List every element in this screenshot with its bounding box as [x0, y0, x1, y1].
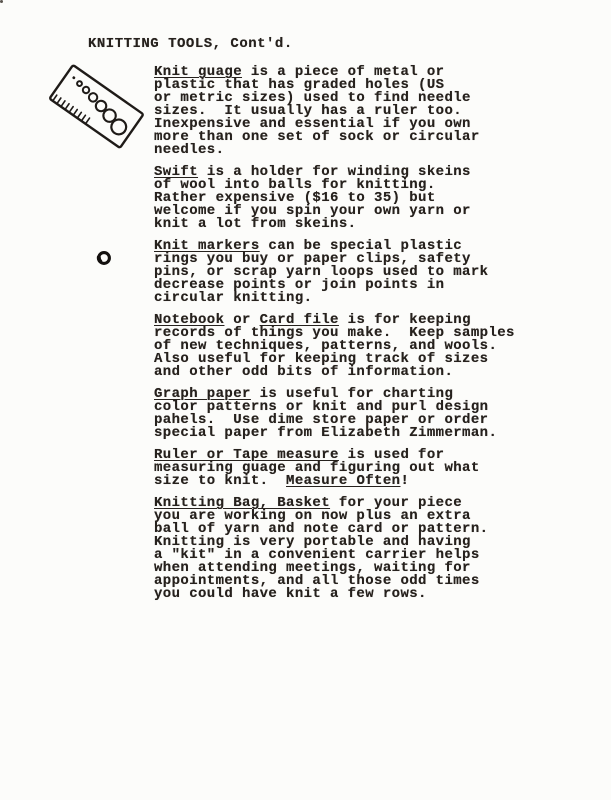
scanned-document-page: KNITTING TOOLS, Cont'd.: [0, 0, 611, 800]
paragraph-swift: Swift is a holder for winding skeinsof w…: [154, 166, 514, 231]
paragraph-knit-guage: Knit guage is a piece of metal orplastic…: [154, 66, 514, 157]
page-title: KNITTING TOOLS, Cont'd.: [88, 36, 293, 52]
knit-gauge-sketch-icon: [42, 52, 154, 167]
text-line: circular knitting.: [154, 292, 514, 305]
text-column: Knit guage is a piece of metal orplastic…: [154, 66, 514, 610]
scan-speck: [0, 0, 3, 3]
paragraph-knitting-bag-basket: Knitting Bag, Basket for your pieceyou a…: [154, 497, 514, 601]
paragraph-graph-paper: Graph paper is useful for chartingcolor …: [154, 388, 514, 440]
text-line: knit a lot from skeins.: [154, 218, 514, 231]
text-line: you could have knit a few rows.: [154, 588, 514, 601]
paragraph-knit-markers: Knit markers can be special plasticrings…: [154, 240, 514, 305]
text-line: needles.: [154, 144, 514, 157]
text-line: and other odd bits of information.: [154, 366, 514, 379]
paragraph-notebook-card-file: Notebook or Card file is for keepingreco…: [154, 314, 514, 379]
knit-marker-ring-sketch-icon: [95, 249, 113, 267]
paragraph-ruler-tape-measure: Ruler or Tape measure is used formeasuri…: [154, 449, 514, 488]
text-line: size to knit. Measure Often!: [154, 475, 514, 488]
text-line: special paper from Elizabeth Zimmerman.: [154, 427, 514, 440]
